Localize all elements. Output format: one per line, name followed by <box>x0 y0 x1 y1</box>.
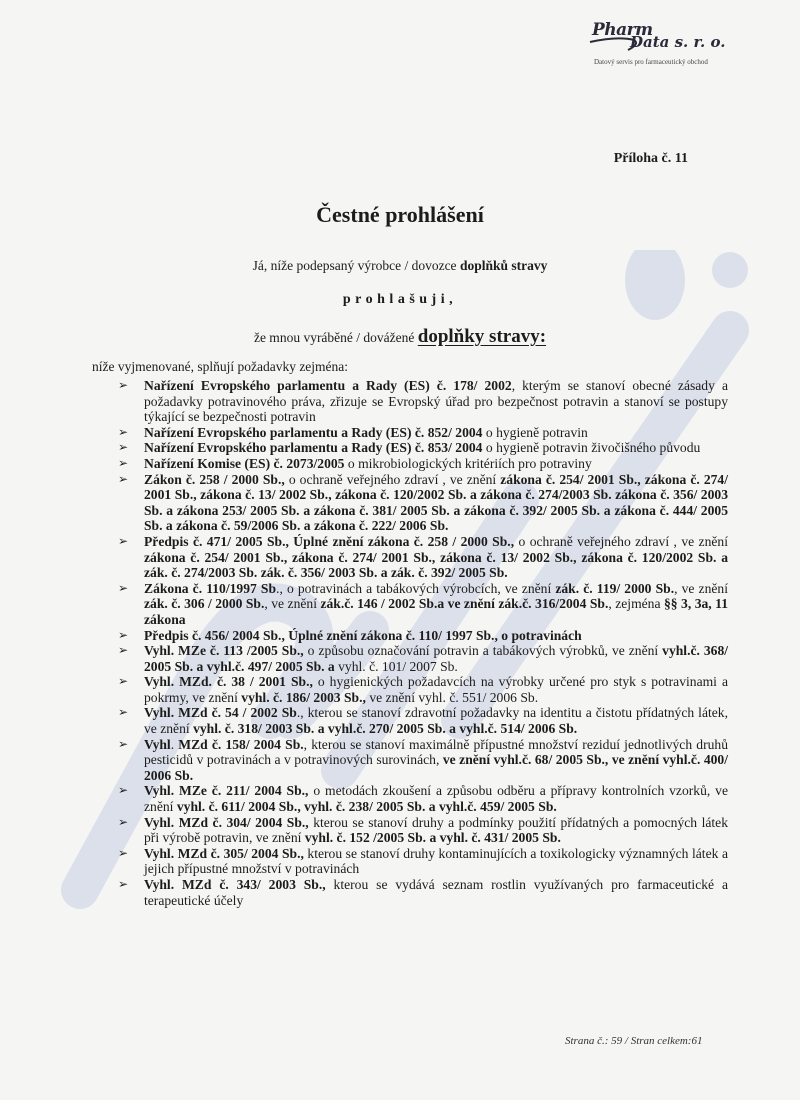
annex-number: Příloha č. 11 <box>614 151 688 167</box>
list-item: ➢Vyhl. MZe č. 211/ 2004 Sb., o metodách … <box>118 783 728 814</box>
declarant-line: Já, níže podepsaný výrobce / dovozce dop… <box>0 258 800 274</box>
arrow-bullet-icon: ➢ <box>118 628 128 644</box>
law-reference: Vyhl. MZd č. 304/ 2004 Sb., <box>144 815 309 830</box>
arrow-bullet-icon: ➢ <box>118 425 128 441</box>
page-number-footer: Strana č.: 59 / Stran celkem:61 <box>565 1035 702 1047</box>
arrow-bullet-icon: ➢ <box>118 534 128 550</box>
logo-text-data: Data s. r. o. <box>630 33 725 51</box>
declarant-bold: doplňků stravy <box>460 258 547 273</box>
law-reference: Předpis č. 471/ 2005 Sb., Úplné znění zá… <box>144 534 514 549</box>
list-item: ➢Vyhl. MZd č. 54 / 2002 Sb., kterou se s… <box>118 705 728 736</box>
law-reference: zák. č. 306 / 2000 Sb. <box>144 596 264 611</box>
law-reference: Předpis č. 456/ 2004 Sb., Úplné znění zá… <box>144 628 582 643</box>
law-reference: Vyhl. MZd č. 343/ 2003 Sb., <box>144 877 326 892</box>
list-item: ➢Vyhl. MZd. č. 38 / 2001 Sb., o hygienic… <box>118 674 728 705</box>
list-item: ➢Nařízení Evropského parlamentu a Rady (… <box>118 425 728 441</box>
requirements-intro: níže vyjmenované, splňují požadavky zejm… <box>92 359 348 375</box>
arrow-bullet-icon: ➢ <box>118 846 128 862</box>
logo-tagline: Datový servis pro farmaceutický obchod <box>594 58 708 66</box>
arrow-bullet-icon: ➢ <box>118 440 128 456</box>
document-page: Pharm Data s. r. o. Datový servis pro fa… <box>0 0 800 1100</box>
arrow-bullet-icon: ➢ <box>118 737 128 753</box>
products-text: že mnou vyráběné / dovážené <box>254 330 418 345</box>
list-item: ➢Nařízení Komise (ES) č. 2073/2005 o mik… <box>118 456 728 472</box>
products-bold: doplňky stravy: <box>418 326 546 347</box>
law-description: ve znění vyhl. č. 551/ 2006 Sb. <box>366 690 538 705</box>
law-reference: Zákona č. 110/1997 Sb <box>144 581 276 596</box>
law-reference: MZd č. 158/ 2004 Sb. <box>178 737 303 752</box>
law-description: o způsobu označování potravin a tabákový… <box>304 643 662 658</box>
arrow-bullet-icon: ➢ <box>118 472 128 488</box>
law-description: o hygieně potravin <box>482 425 587 440</box>
law-description: ., o potravinách a tabákových výrobcích,… <box>276 581 555 596</box>
law-reference: vyhl. č. 186/ 2003 Sb., <box>241 690 366 705</box>
law-reference: Zákon č. 258 / 2000 Sb., <box>144 472 285 487</box>
law-description: o ochraně veřejného zdraví , ve znění <box>514 534 728 549</box>
law-description: , zejména <box>608 596 664 611</box>
document-title: Čestné prohlášení <box>0 202 800 228</box>
products-line: že mnou vyráběné / dovážené doplňky stra… <box>0 326 800 348</box>
law-reference: vyhl. č. 152 /2005 Sb. a vyhl. č. 431/ 2… <box>305 830 561 845</box>
law-reference: vyhl. č. 611/ 2004 Sb., vyhl. č. 238/ 20… <box>177 799 557 814</box>
list-item: ➢Zákon č. 258 / 2000 Sb., o ochraně veře… <box>118 472 728 534</box>
law-reference: Vyhl. MZe č. 113 /2005 Sb., <box>144 643 304 658</box>
list-item: ➢Zákona č. 110/1997 Sb., o potravinách a… <box>118 581 728 628</box>
law-description: o ochraně veřejného zdraví , ve znění <box>285 472 500 487</box>
list-item: ➢Nařízení Evropského parlamentu a Rady (… <box>118 440 728 456</box>
arrow-bullet-icon: ➢ <box>118 643 128 659</box>
list-item: ➢Vyhl. MZe č. 113 /2005 Sb., o způsobu o… <box>118 643 728 674</box>
pharmdata-logo: Pharm Data s. r. o. Datový servis pro fa… <box>588 20 768 72</box>
arrow-bullet-icon: ➢ <box>118 674 128 690</box>
law-reference: zákona č. 254/ 2001 Sb., zákona č. 274/ … <box>144 550 728 581</box>
list-item: ➢Vyhl. MZd č. 158/ 2004 Sb., kterou se s… <box>118 737 728 784</box>
law-description: o mikrobiologických kritériích pro potra… <box>344 456 591 471</box>
arrow-bullet-icon: ➢ <box>118 456 128 472</box>
law-reference: Nařízení Evropského parlamentu a Rady (E… <box>144 440 482 455</box>
law-reference: Nařízení Evropského parlamentu a Rady (E… <box>144 378 512 393</box>
law-description: , ve znění <box>264 596 320 611</box>
arrow-bullet-icon: ➢ <box>118 581 128 597</box>
arrow-bullet-icon: ➢ <box>118 877 128 893</box>
law-reference: Vyhl. MZd č. 54 / 2002 Sb <box>144 705 297 720</box>
list-item: ➢Vyhl. MZd č. 305/ 2004 Sb., kterou se s… <box>118 846 728 877</box>
declarant-text: Já, níže podepsaný výrobce / dovozce <box>253 258 460 273</box>
list-item: ➢Vyhl. MZd č. 304/ 2004 Sb., kterou se s… <box>118 815 728 846</box>
law-reference: vyhl. č. 318/ 2003 Sb. a vyhl.č. 270/ 20… <box>193 721 577 736</box>
legislation-list: ➢Nařízení Evropského parlamentu a Rady (… <box>118 378 728 908</box>
declare-heading: prohlašuji, <box>0 292 800 308</box>
law-description: o hygieně potravin živočišného původu <box>482 440 700 455</box>
law-reference: Vyhl <box>144 737 171 752</box>
law-reference: zák. č. 119/ 2000 Sb. <box>555 581 674 596</box>
list-item: ➢Předpis č. 456/ 2004 Sb., Úplné znění z… <box>118 628 728 644</box>
arrow-bullet-icon: ➢ <box>118 815 128 831</box>
law-description: vyhl. č. 101/ 2007 Sb. <box>335 659 458 674</box>
law-reference: Nařízení Evropského parlamentu a Rady (E… <box>144 425 482 440</box>
law-reference: zák.č. 146 / 2002 Sb.a ve znění zák.č. 3… <box>320 596 608 611</box>
law-description: , ve znění <box>674 581 728 596</box>
list-item: ➢Nařízení Evropského parlamentu a Rady (… <box>118 378 728 425</box>
law-reference: Vyhl. MZd. č. 38 / 2001 Sb., <box>144 674 313 689</box>
list-item: ➢Vyhl. MZd č. 343/ 2003 Sb., kterou se v… <box>118 877 728 908</box>
arrow-bullet-icon: ➢ <box>118 378 128 394</box>
law-reference: Vyhl. MZe č. 211/ 2004 Sb., <box>144 783 308 798</box>
law-reference: Nařízení Komise (ES) č. 2073/2005 <box>144 456 344 471</box>
list-item: ➢Předpis č. 471/ 2005 Sb., Úplné znění z… <box>118 534 728 581</box>
arrow-bullet-icon: ➢ <box>118 705 128 721</box>
arrow-bullet-icon: ➢ <box>118 783 128 799</box>
law-reference: Vyhl. MZd č. 305/ 2004 Sb., <box>144 846 304 861</box>
